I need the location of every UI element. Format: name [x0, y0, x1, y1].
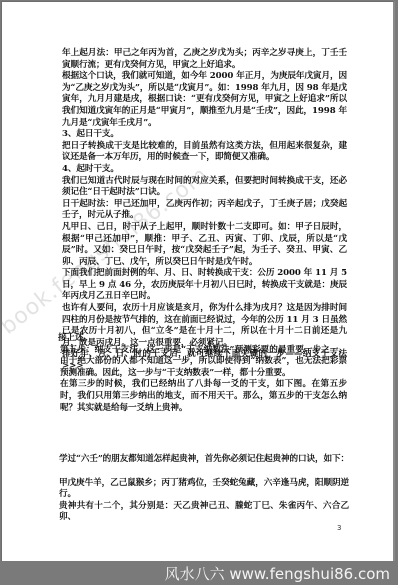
paragraph-guishen-rhyme: 甲戊庚牛羊，乙己鼠猴乡；丙丁猪鸡位，壬癸蛇兔藏，六辛逢马虎，阳顺阴逆行。: [59, 478, 349, 501]
paragraph-month-formula: 年上起月法：甲己之年丙为首，乙庚之岁戊为头；丙辛之岁寻庚上，丁壬壬寅顺行流；更有…: [62, 48, 347, 71]
heading-day-stem: 3、起日干支。: [62, 129, 347, 141]
footer-banner: 风水八六 www.fengshui86.com: [0, 561, 398, 585]
paragraph-hour-formula: 日干起时法：甲己还加甲，乙庚丙作初；丙辛起戊子，丁壬庚子居；戊癸起壬子，时元从子…: [62, 199, 347, 222]
document-page: book.fengshui86.com 年上起月法：甲己之年丙为首，乙庚之岁戊为…: [1, 1, 395, 561]
footer-banner-text: 风水八六 www.fengshui86.com: [165, 563, 390, 584]
section-1-body: 年上起月法：甲己之年丙为首，乙庚之岁戊为头；丙辛之岁寻庚上，丁壬壬寅顺行流；更有…: [62, 48, 347, 373]
paragraph-liuren-intro: 学过“六壬”的朋友都知道怎样起贵神，首先你必须记住起贵神的口诀，如下：: [59, 454, 349, 466]
paragraph-step-three-ref: 在第三步的时候，我们已经纳出了八卦每一爻的干支，如下图。在第五步时，我们只用第三…: [54, 379, 347, 414]
paragraph-conversion-example: 下面我们把前面封例的年、月、日、时转换成干支：公历 2000 年 11 月 5 …: [62, 268, 347, 303]
section-3-body: 学过“六壬”的朋友都知道怎样起贵神，首先你必须记住起贵神的口诀，如下： 甲戊庚牛…: [59, 454, 349, 524]
paragraph-step-five: 第五步：纳支干支法。这一步是“干支纳数法”预测彩票的最重要一步之一，由于绝大部份…: [54, 345, 347, 380]
paragraph-hour-example: 凡甲日、己日，时干从子上起甲，顺时针数十二支即可。如：甲子日辰时，根据“甲己还加…: [62, 222, 347, 268]
page-number: 3: [337, 524, 341, 532]
paragraph-day-stem: 把日子转换成干支是比较难的，目前虽然有这类方法，但用起来很复杂，建议还是备一本万…: [62, 141, 347, 164]
section-2-body: 接上述。 第五步：纳支干支法。这一步是“干支纳数法”预测彩票的最重要一步之一，由…: [54, 333, 347, 414]
paragraph-guishen-list: 贵神共有十二个，其分别是：天乙贵神己丑、螣蛇丁巳、朱雀丙午、六合乙卯、: [59, 501, 349, 524]
paragraph-hour-intro: 我们已知道古代时辰与现在时间的对应关系，但要把时间转换成干支，还必须记住“日干起…: [62, 176, 347, 199]
paragraph-month-example: 根据这个口诀，我们就可知道，如今年 2000 年正月，为庚辰年戊寅月，因为“乙庚…: [62, 71, 347, 129]
section-2-intro: 接上述。: [54, 333, 347, 345]
heading-hour-stem: 4、起时干支。: [62, 164, 347, 176]
